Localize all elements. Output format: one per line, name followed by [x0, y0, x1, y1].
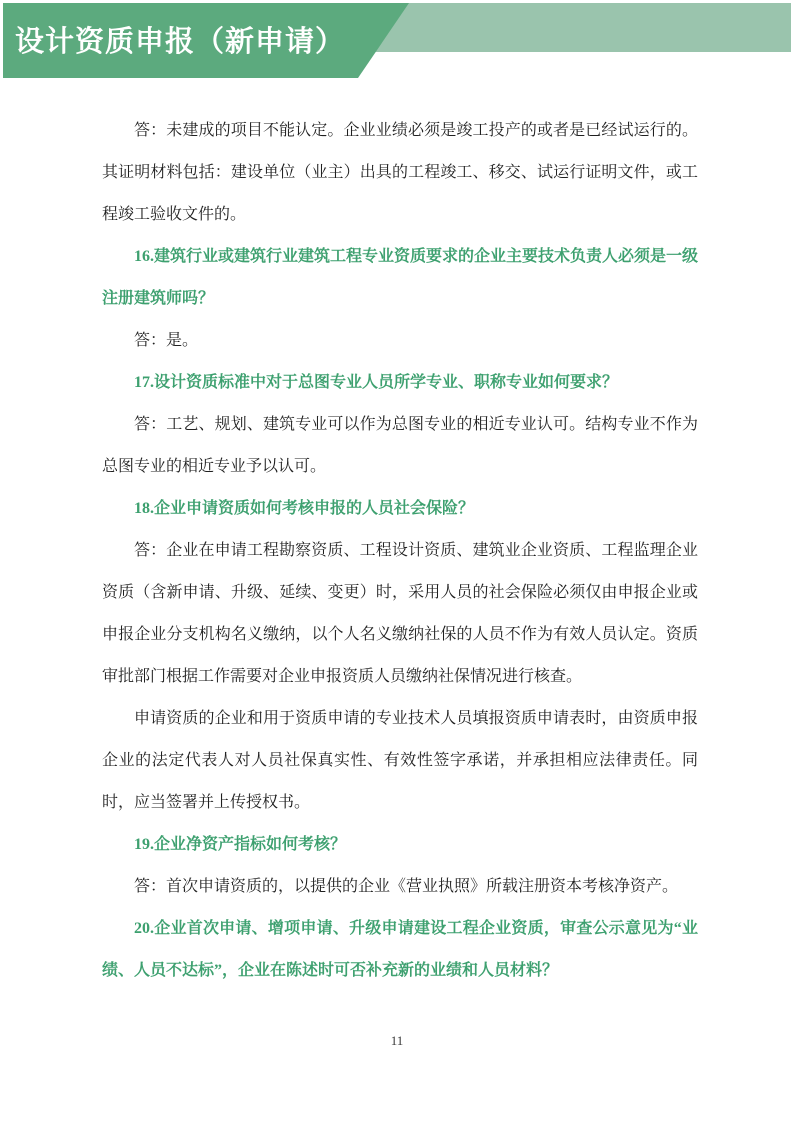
document-page: 设计资质申报（新申请） 答：未建成的项目不能认定。企业业绩必须是竣工投产的或者是…: [0, 0, 794, 1123]
banner-title-block: 设计资质申报（新申请）: [3, 3, 409, 78]
question-paragraph: 16.建筑行业或建筑行业建筑工程专业资质要求的企业主要技术负责人必须是一级注册建…: [102, 236, 698, 320]
question-paragraph: 18.企业申请资质如何考核申报的人员社会保险？: [102, 488, 698, 530]
page-title: 设计资质申报（新申请）: [3, 19, 345, 62]
document-body: 答：未建成的项目不能认定。企业业绩必须是竣工投产的或者是已经试运行的。其证明材料…: [102, 110, 698, 992]
page-number: 11: [0, 1033, 794, 1049]
answer-paragraph: 答：首次申请资质的，以提供的企业《营业执照》所载注册资本考核净资产。: [102, 866, 698, 908]
answer-paragraph: 申请资质的企业和用于资质申请的专业技术人员填报资质申请表时，由资质申报企业的法定…: [102, 698, 698, 824]
question-paragraph: 19.企业净资产指标如何考核？: [102, 824, 698, 866]
answer-paragraph: 答：是。: [102, 320, 698, 362]
answer-paragraph: 答：未建成的项目不能认定。企业业绩必须是竣工投产的或者是已经试运行的。其证明材料…: [102, 110, 698, 236]
question-paragraph: 20.企业首次申请、增项申请、升级申请建设工程企业资质，审查公示意见为“业绩、人…: [102, 908, 698, 992]
question-paragraph: 17.设计资质标准中对于总图专业人员所学专业、职称专业如何要求？: [102, 362, 698, 404]
answer-paragraph: 答：企业在申请工程勘察资质、工程设计资质、建筑业企业资质、工程监理企业资质（含新…: [102, 530, 698, 698]
header-banner: 设计资质申报（新申请）: [3, 3, 791, 78]
answer-paragraph: 答：工艺、规划、建筑专业可以作为总图专业的相近专业认可。结构专业不作为总图专业的…: [102, 404, 698, 488]
banner-accent-strip: [343, 3, 791, 52]
